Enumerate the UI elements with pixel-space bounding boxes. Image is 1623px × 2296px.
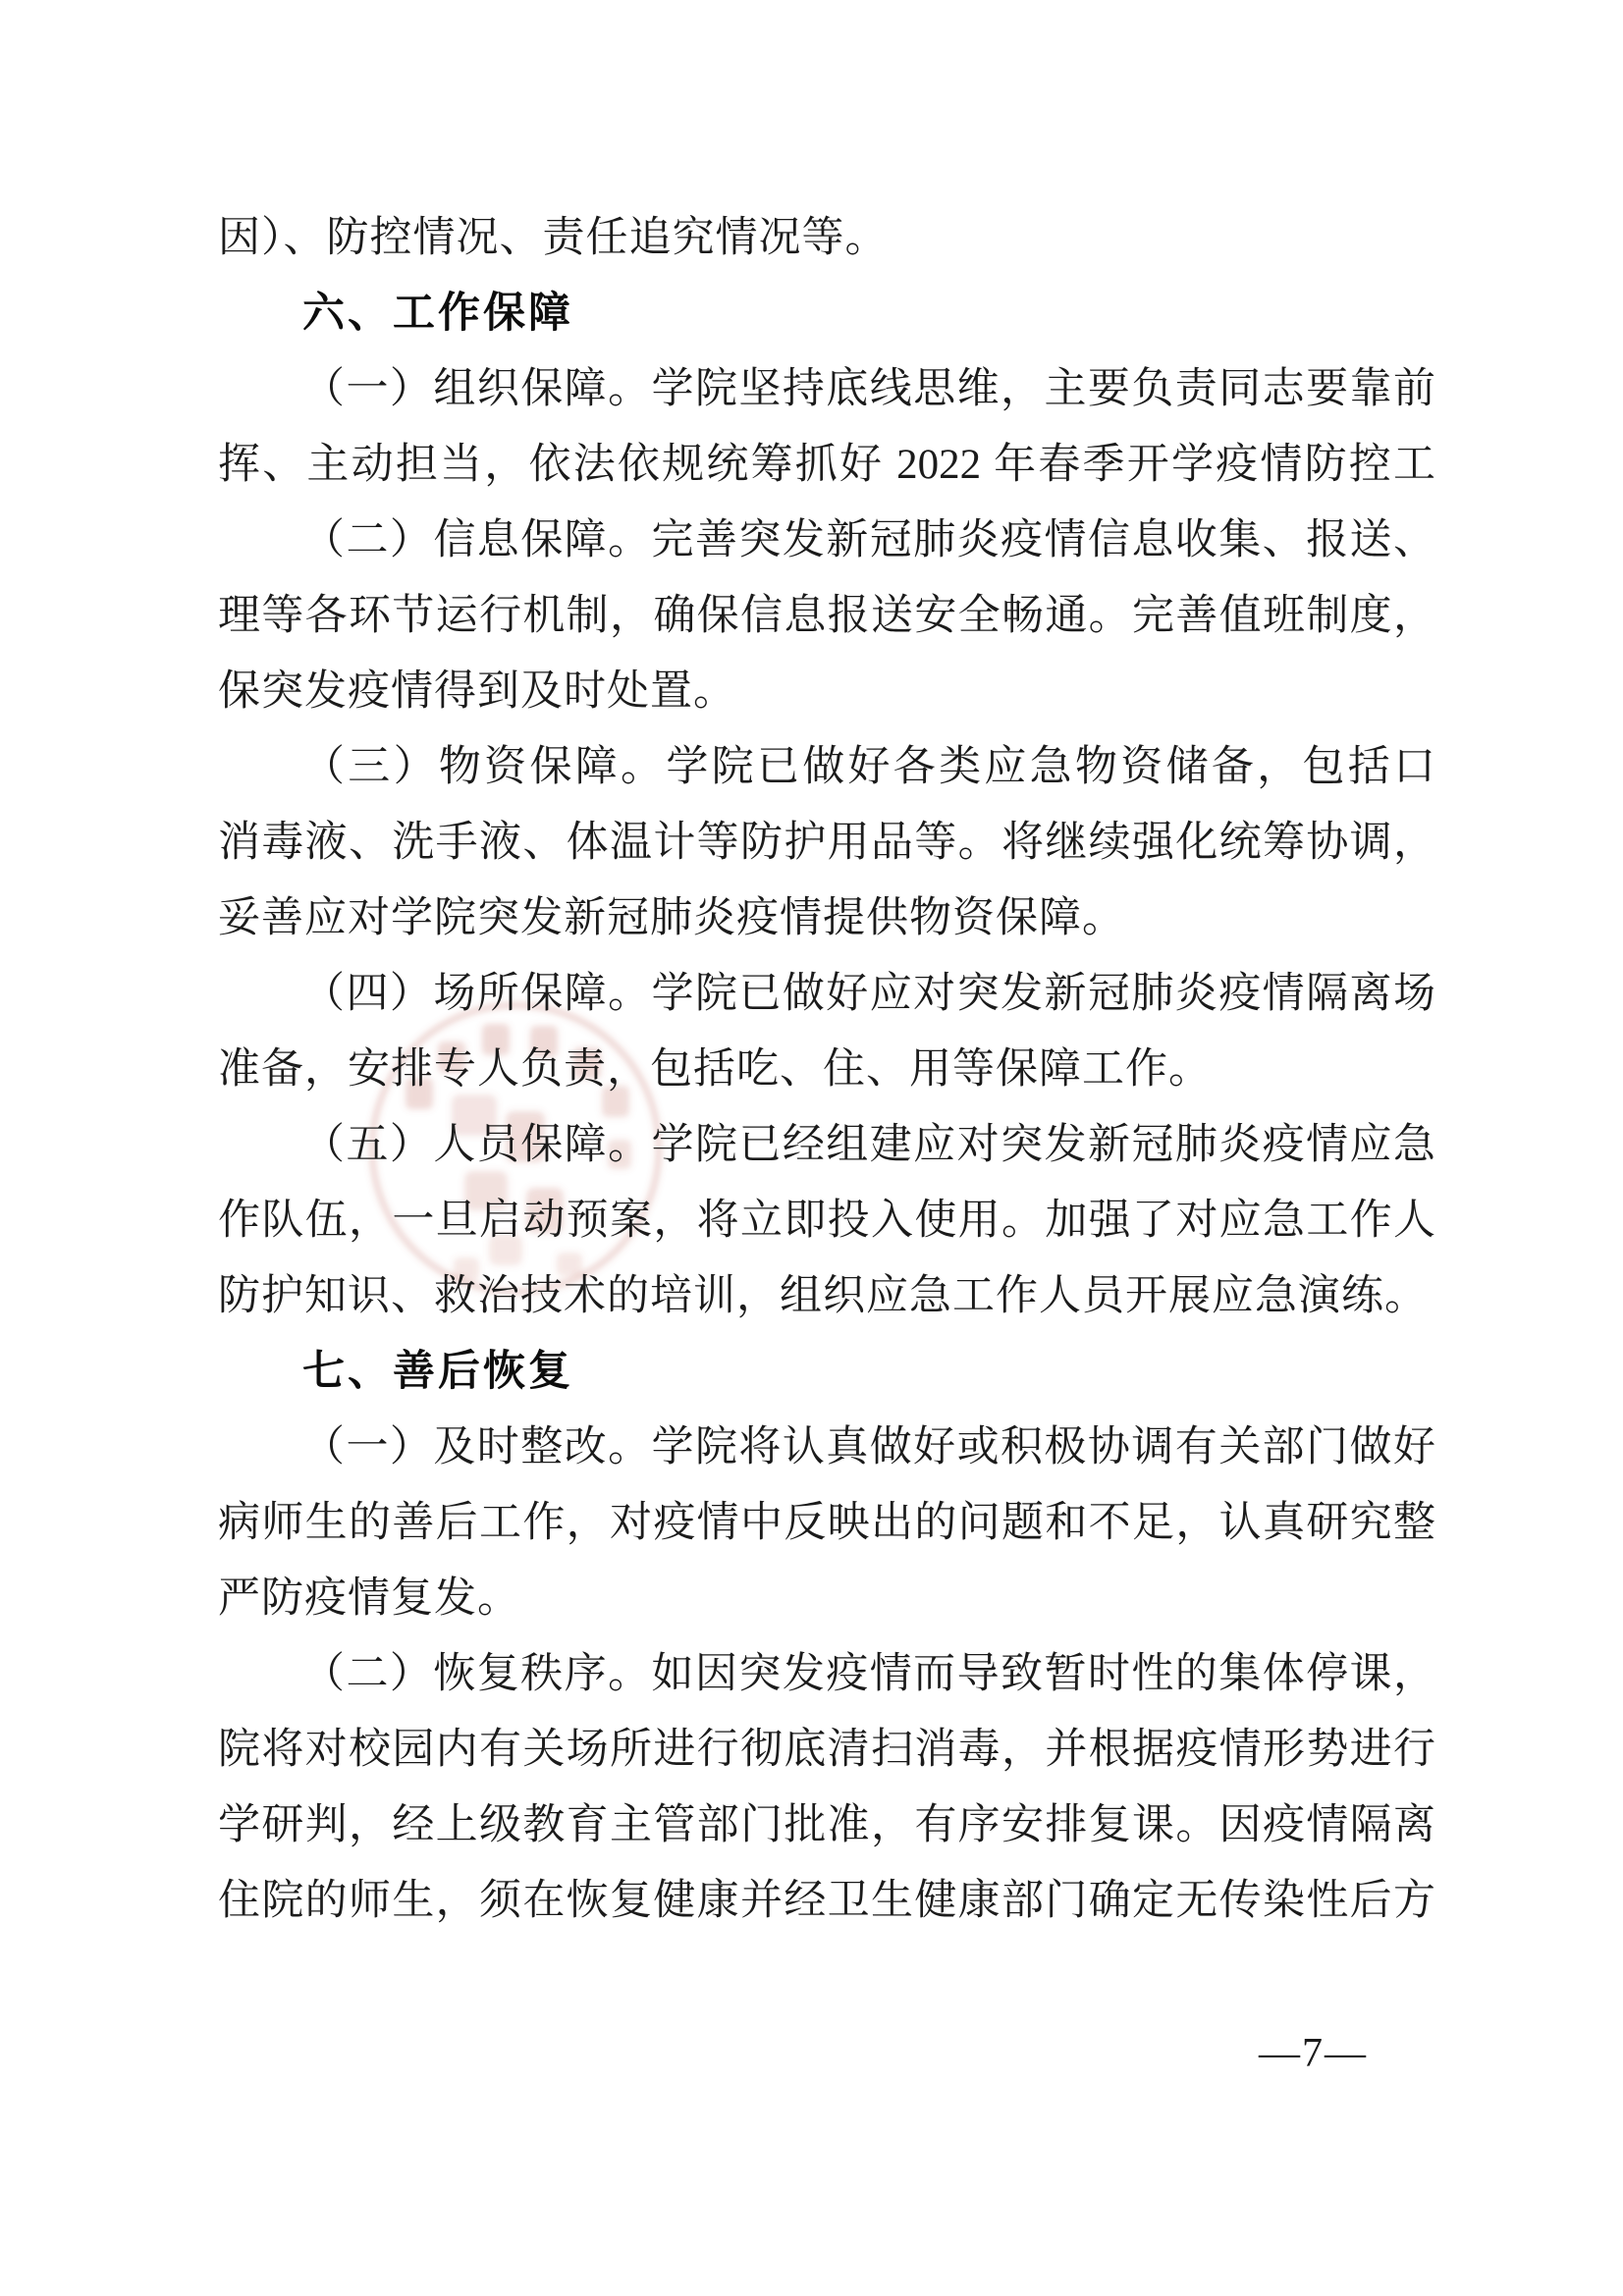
text-line: 学研判，经上级教育主管部门批准，有序安排复课。因疫情隔离或 [218, 1788, 1435, 1863]
text-line: （三）物资保障。学院已做好各类应急物资储备，包括口罩、 [218, 729, 1435, 805]
text-line: 挥、主动担当，依法依规统筹抓好 2022 年春季开学疫情防控工作。 [218, 427, 1435, 503]
text-line: 准备，安排专人负责，包括吃、住、用等保障工作。 [218, 1032, 1435, 1107]
text-line: （二）恢复秩序。如因突发疫情而导致暂时性的集体停课，学 [218, 1636, 1435, 1712]
text-line: （一）组织保障。学院坚持底线思维，主要负责同志要靠前指 [218, 351, 1435, 427]
text-line: 理等各环节运行机制，确保信息报送安全畅通。完善值班制度，确 [218, 578, 1435, 654]
text-line: 作队伍，一旦启动预案，将立即投入使用。加强了对应急工作人员 [218, 1183, 1435, 1258]
text-line: （四）场所保障。学院已做好应对突发新冠肺炎疫情隔离场所 [218, 956, 1435, 1032]
document-body: 因）、防控情况、责任追究情况等。六、工作保障（一）组织保障。学院坚持底线思维，主… [218, 200, 1435, 1939]
text-line: 院将对校园内有关场所进行彻底清扫消毒，并根据疫情形势进行科 [218, 1712, 1435, 1788]
text-line: （五）人员保障。学院已经组建应对突发新冠肺炎疫情应急工 [218, 1107, 1435, 1183]
text-line: （一）及时整改。学院将认真做好或积极协调有关部门做好患 [218, 1410, 1435, 1485]
text-line: 严防疫情复发。 [218, 1561, 1435, 1636]
text-line: （二）信息保障。完善突发新冠肺炎疫情信息收集、报送、处 [218, 503, 1435, 578]
section-heading: 六、工作保障 [218, 276, 1435, 351]
text-line: 保突发疫情得到及时处置。 [218, 654, 1435, 729]
text-line: 妥善应对学院突发新冠肺炎疫情提供物资保障。 [218, 881, 1435, 956]
text-line: 防护知识、救治技术的培训，组织应急工作人员开展应急演练。 [218, 1258, 1435, 1334]
page-number: —7— [1259, 2030, 1368, 2077]
document-page: 因）、防控情况、责任追究情况等。六、工作保障（一）组织保障。学院坚持底线思维，主… [0, 0, 1623, 2296]
text-line: 消毒液、洗手液、体温计等防护用品等。将继续强化统筹协调，为 [218, 805, 1435, 881]
text-line: 因）、防控情况、责任追究情况等。 [218, 200, 1435, 276]
text-line: 病师生的善后工作，对疫情中反映出的问题和不足，认真研究整改， [218, 1485, 1435, 1561]
section-heading: 七、善后恢复 [218, 1334, 1435, 1410]
text-line: 住院的师生，须在恢复健康并经卫生健康部门确定无传染性后方可 [218, 1863, 1435, 1939]
